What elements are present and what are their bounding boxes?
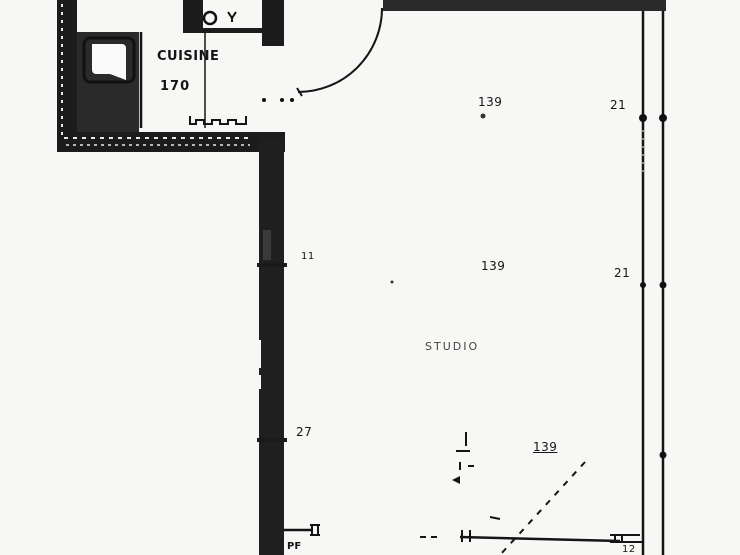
dimension-middle-width: 139	[481, 260, 505, 272]
dimension-top-width: 139	[478, 96, 502, 108]
room-name-kitchen: CUISINE	[157, 50, 219, 63]
left-wall	[255, 138, 287, 555]
kitchen-appliance	[77, 32, 141, 132]
dimension-bottom-small: 12	[622, 545, 636, 555]
room-area-kitchen: 170	[160, 80, 190, 93]
room-name-studio: STUDIO	[425, 341, 479, 352]
dimension-top-right: 21	[610, 99, 626, 111]
dimension-lower-left: 27	[296, 426, 312, 438]
dimension-bottom-width: 139	[533, 441, 557, 453]
top-wall	[383, 0, 666, 11]
dimension-middle-right: 21	[614, 267, 630, 279]
dimension-left-side: 11	[301, 252, 315, 262]
radiator-label: PF	[287, 542, 301, 552]
